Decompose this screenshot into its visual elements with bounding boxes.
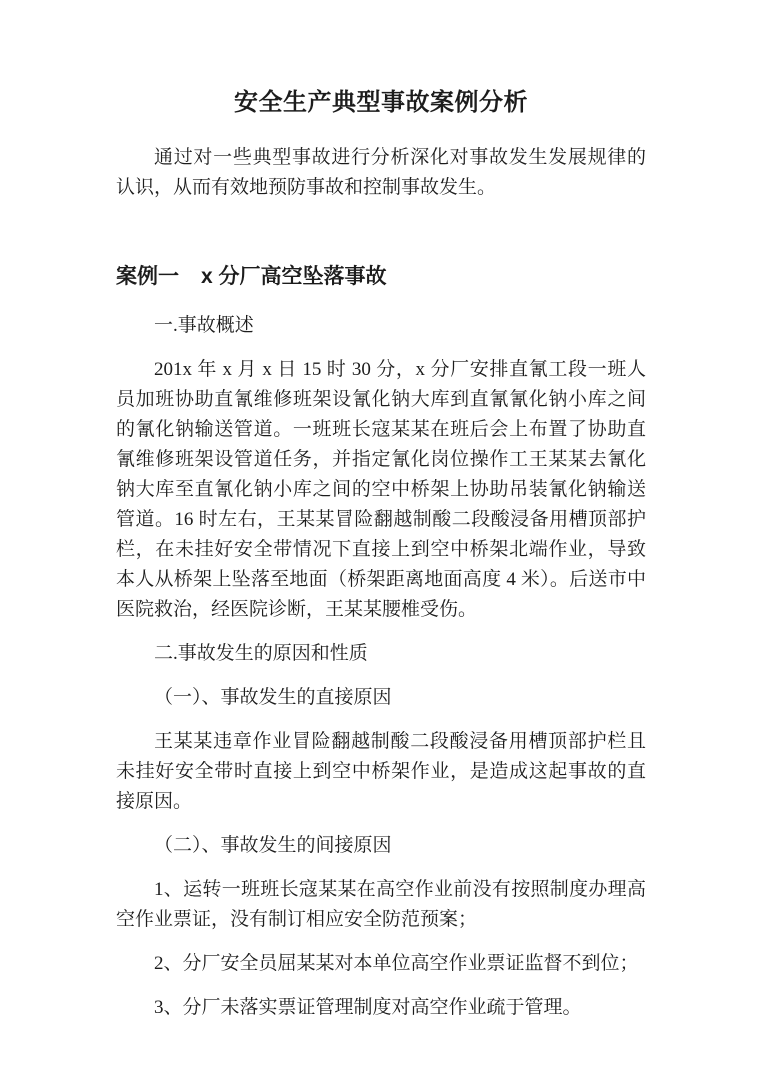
indirect-cause-heading: （二）、事故发生的间接原因 (116, 831, 646, 861)
intro-paragraph: 通过对一些典型事故进行分析深化对事故发生发展规律的认识，从而有效地预防事故和控制… (116, 143, 646, 203)
section-causes-heading: 二.事故发生的原因和性质 (116, 639, 646, 669)
case-title: x 分厂高空坠落事故 (201, 265, 387, 288)
overview-paragraph: 201x 年 x 月 x 日 15 时 30 分，x 分厂安排直氰工段一班人员加… (116, 355, 646, 625)
document-page: 安全生产典型事故案例分析 通过对一些典型事故进行分析深化对事故发生发展规律的认识… (0, 0, 763, 1080)
case-label: 案例一 (116, 265, 179, 288)
section-overview-heading: 一.事故概述 (116, 311, 646, 341)
document-title: 安全生产典型事故案例分析 (116, 88, 646, 118)
indirect-cause-item-1: 1、运转一班班长寇某某在高空作业前没有按照制度办理高空作业票证，没有制订相应安全… (116, 875, 646, 935)
case-heading: 案例一x 分厂高空坠落事故 (116, 264, 646, 290)
indirect-cause-item-3: 3、分厂未落实票证管理制度对高空作业疏于管理。 (116, 993, 646, 1023)
direct-cause-heading: （一）、事故发生的直接原因 (116, 683, 646, 713)
indirect-cause-item-2: 2、分厂安全员屈某某对本单位高空作业票证监督不到位； (116, 949, 646, 979)
direct-cause-paragraph: 王某某违章作业冒险翻越制酸二段酸浸备用槽顶部护栏且未挂好安全带时直接上到空中桥架… (116, 727, 646, 817)
